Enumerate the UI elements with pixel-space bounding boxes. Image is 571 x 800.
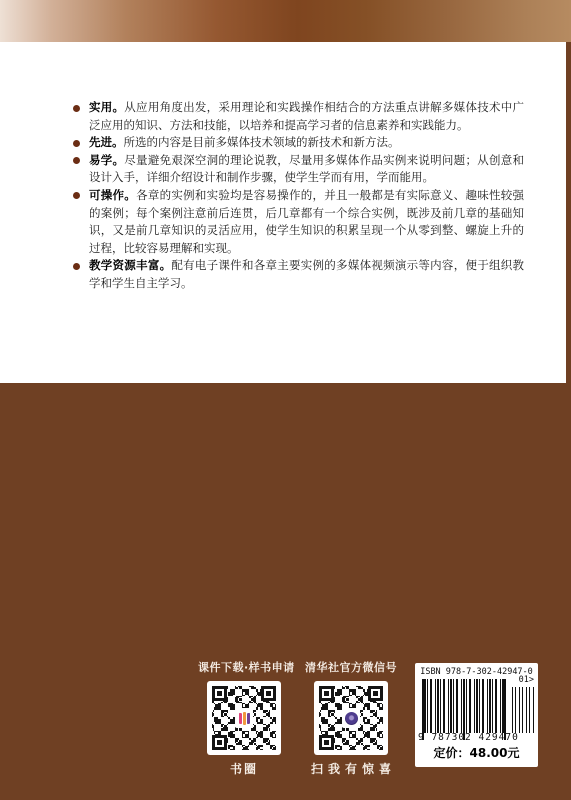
qr-title-wechat: 清华社官方微信号 — [303, 659, 399, 675]
bullet-dot-icon — [73, 263, 80, 270]
qr-caption-shuquan: 书圈 — [198, 760, 290, 777]
qr-finder-icon — [212, 686, 227, 701]
price-text: 定价：48.00元 — [415, 744, 538, 761]
features-panel: 实用。从应用角度出发，采用理论和实践操作相结合的方法重点讲解多媒体技术中广泛应用… — [0, 42, 566, 383]
book-back-cover: 实用。从应用角度出发，采用理论和实践操作相结合的方法重点讲解多媒体技术中广泛应用… — [0, 0, 571, 800]
shuquan-qr-code — [207, 681, 281, 755]
top-gradient-bar — [0, 0, 571, 42]
addon-barcode — [512, 687, 534, 733]
addon-text: 01> — [512, 676, 534, 685]
bullet-dot-icon — [73, 140, 80, 147]
feature-lead: 先进。 — [89, 135, 124, 149]
bullet-dot-icon — [73, 157, 80, 164]
qr-caption-wechat: 扫我有惊喜 — [303, 760, 404, 777]
feature-lead: 易学。 — [89, 153, 124, 167]
feature-text: 所选的内容是目前多媒体技术领域的新技术和新方法。 — [124, 135, 400, 149]
qr-finder-icon — [212, 735, 227, 750]
feature-item: 先进。所选的内容是目前多媒体技术领域的新技术和新方法。 — [72, 134, 524, 152]
feature-list: 实用。从应用角度出发，采用理论和实践操作相结合的方法重点讲解多媒体技术中广泛应用… — [72, 99, 524, 293]
bullet-dot-icon — [73, 105, 80, 112]
book-icon — [235, 708, 253, 728]
qr-finder-icon — [319, 686, 334, 701]
wechat-qr-block: 清华社官方微信号 扫我有惊喜 — [303, 659, 399, 777]
feature-item: 易学。尽量避免艰深空洞的理论说教，尽量用多媒体作品实例来说明问题；从创意和设计入… — [72, 152, 524, 187]
feature-lead: 教学资源丰富。 — [89, 258, 171, 272]
barcode-guard — [504, 679, 506, 740]
qr-title-courseware: 课件下载·样书申请 — [198, 659, 290, 675]
addon-code: 01> — [512, 676, 534, 733]
qr-finder-icon — [319, 735, 334, 750]
feature-item: 实用。从应用角度出发，采用理论和实践操作相结合的方法重点讲解多媒体技术中广泛应用… — [72, 99, 524, 134]
feature-text: 各章的实例和实验均是容易操作的，并且一般都是有实际意义、趣味性较强的案例；每个案… — [89, 188, 524, 255]
barcode-guard — [463, 679, 465, 740]
bullet-dot-icon — [73, 192, 80, 199]
barcode-panel: ISBN 978-7-302-42947-0 9 787302 429470 0… — [415, 663, 538, 767]
feature-lead: 可操作。 — [89, 188, 136, 202]
qr-finder-icon — [368, 686, 383, 701]
wechat-qr-code — [314, 681, 388, 755]
barcode-guard — [422, 679, 424, 740]
feature-lead: 实用。 — [89, 100, 124, 114]
feature-item: 教学资源丰富。配有电子课件和各章主要实例的多媒体视频演示等内容，便于组织教学和学… — [72, 257, 524, 292]
tsinghua-seal-icon — [342, 708, 360, 728]
shuquan-qr-block: 课件下载·样书申请 书圈 — [198, 659, 290, 777]
feature-item: 可操作。各章的实例和实验均是容易操作的，并且一般都是有实际意义、趣味性较强的案例… — [72, 187, 524, 257]
feature-text: 从应用角度出发，采用理论和实践操作相结合的方法重点讲解多媒体技术中广泛应用的知识… — [89, 100, 524, 132]
ean-barcode — [422, 679, 506, 733]
qr-finder-icon — [261, 686, 276, 701]
feature-text: 尽量避免艰深空洞的理论说教，尽量用多媒体作品实例来说明问题；从创意和设计入手，详… — [89, 153, 524, 185]
barcode-digits: 9 787302 429470 — [418, 732, 512, 743]
